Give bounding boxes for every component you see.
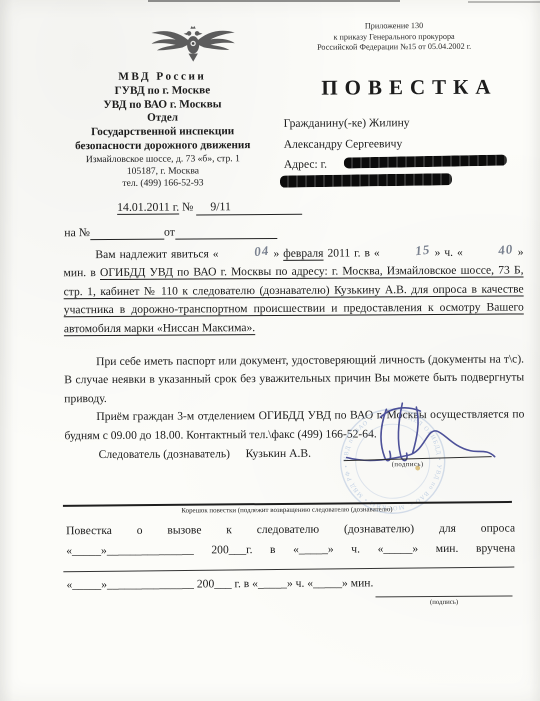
appendix-line: Российской Федерации №15 от 05.04.2002 г…	[276, 42, 512, 54]
stub-second-date-line: «_____»_______________ 200___ г. в «____…	[66, 576, 486, 592]
mvd-eagle-emblem-icon	[146, 20, 240, 67]
redacted-address-bar	[280, 173, 452, 188]
handwritten-minute: 40	[466, 240, 515, 263]
handwritten-hour: 15	[383, 241, 432, 264]
handwritten-day: 04	[222, 242, 271, 265]
body-segment: Вам надлежит явиться «	[95, 247, 218, 261]
blank-field	[90, 227, 164, 240]
document-title: ПОВЕСТКА	[296, 74, 522, 100]
reply-label: на №	[64, 225, 90, 239]
blank-field	[175, 226, 277, 240]
summons-paragraph: Вам надлежит явиться « 04 » февраля 2011…	[63, 242, 524, 338]
destination-filled: ОГИБДД УВД по ВАО г. Москвы по адресу: г…	[64, 264, 524, 335]
reference-line: 14.01.2011 г. № 9/11	[117, 199, 302, 216]
document-number: 9/11	[196, 199, 302, 216]
month-filled: февраля	[283, 247, 323, 260]
body-segment: »	[273, 247, 279, 260]
reply-reference-line: на №от	[64, 224, 277, 240]
document-date: 14.01.2011 г.	[117, 200, 179, 215]
scanned-summons-document: Приложение 130 к приказу Генерального пр…	[0, 0, 540, 701]
stub-signature-line	[376, 596, 513, 598]
stub-summons-line: Повестка о вызове к следователю (дознава…	[66, 522, 515, 538]
recipient-name-line: Гражданину(-ке) Жилину	[284, 112, 524, 134]
body-segment: » ч. «	[435, 246, 463, 259]
investigator-name: Кузькин А.В.	[246, 447, 311, 460]
stub-signature-caption: (подпись)	[376, 599, 513, 607]
document-content: Приложение 130 к приказу Генерального пр…	[0, 0, 540, 701]
signature-caption: (подпись)	[392, 461, 424, 468]
recipient-name-line: Александру Сергеевичу	[284, 133, 524, 155]
sender-block: МВД России ГУВД по г. Москве УВД по ВАО …	[36, 70, 289, 191]
appendix-note: Приложение 130 к приказу Генерального пр…	[276, 21, 512, 54]
sender-address-line: тел. (499) 166-52-93	[37, 177, 289, 191]
investigator-role-label: Следователь (дознаватель)	[99, 447, 230, 461]
number-sign: №	[182, 199, 193, 213]
stub-date-blank-line: «_____»_______________ 200___г. в «_____…	[66, 542, 515, 558]
reply-from-label: от	[164, 225, 175, 239]
body-segment: 2011 г. в «	[327, 246, 379, 259]
stub-fill-line	[63, 567, 514, 573]
